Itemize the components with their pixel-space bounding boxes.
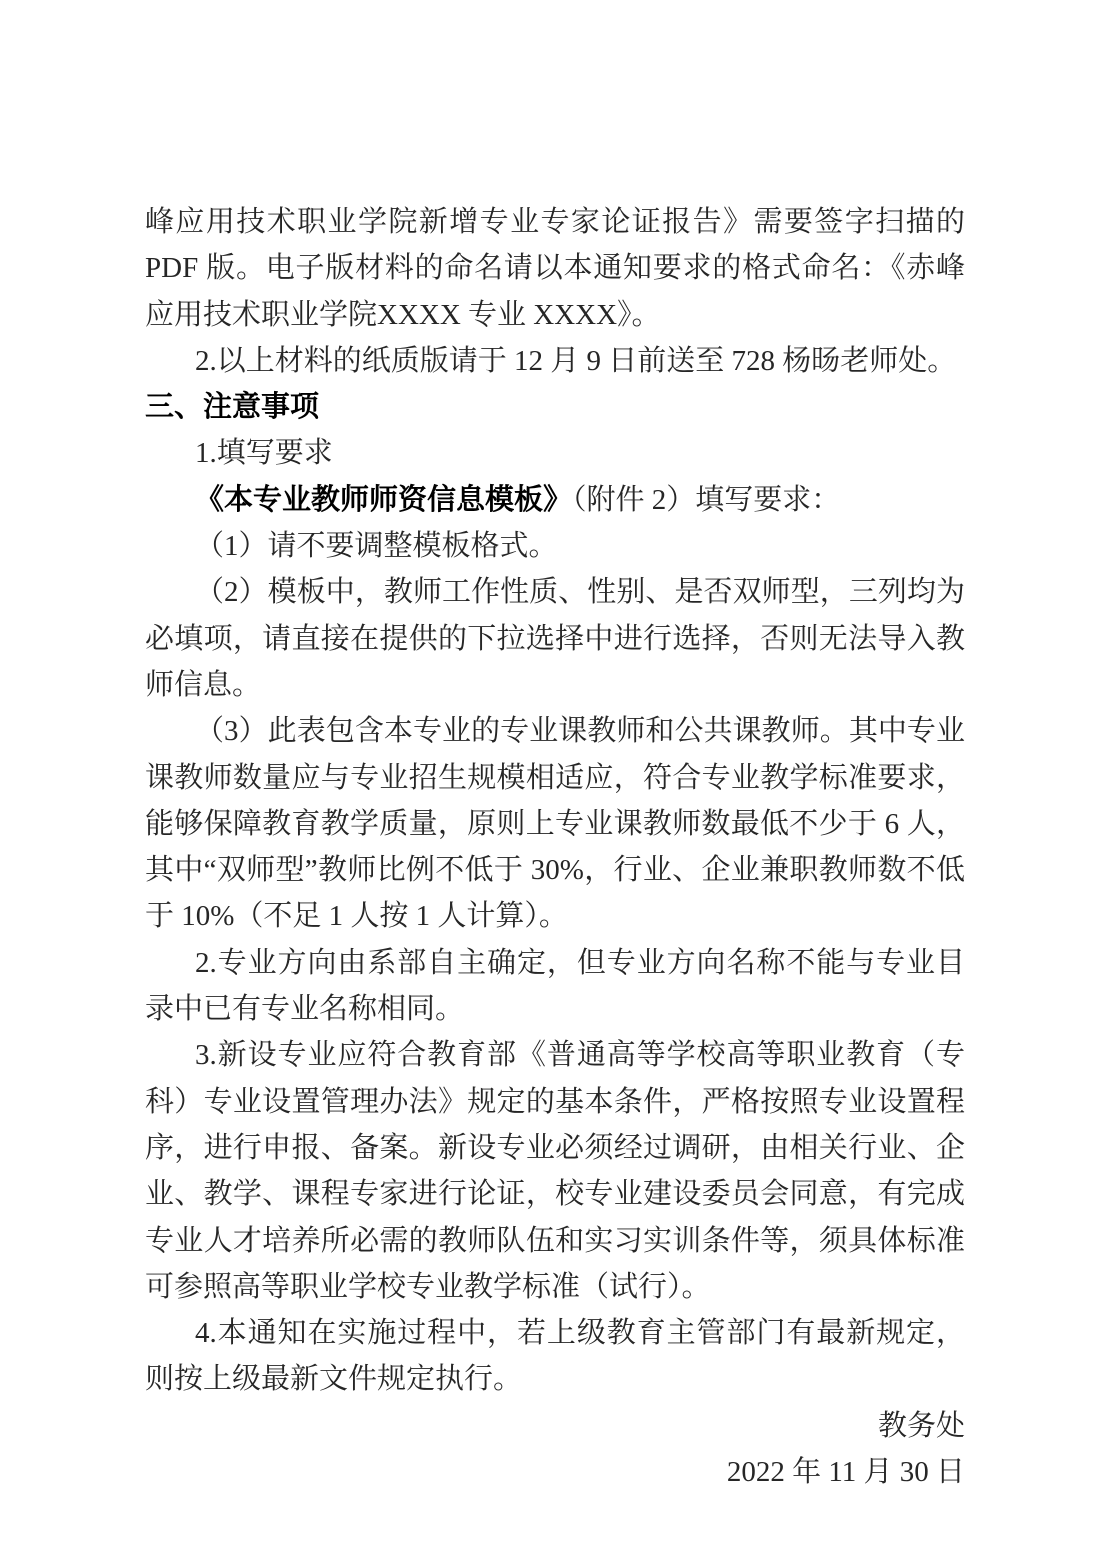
- paragraph-continuation: 峰应用技术职业学院新增专业专家论证报告》需要签字扫描的 PDF 版。电子版材料的…: [145, 199, 965, 338]
- template-requirements-rest: （附件 2）填写要求：: [572, 484, 840, 516]
- document-page: 峰应用技术职业学院新增专业专家论证报告》需要签字扫描的 PDF 版。电子版材料的…: [0, 0, 1102, 1559]
- paragraph-item-2-materials: 2.以上材料的纸质版请于 12 月 9 日前送至 728 杨旸老师处。: [145, 338, 965, 384]
- signature-date: 2022 年 11 月 30 日: [145, 1449, 965, 1495]
- template-title-bold: 《本专业教师师资信息模板》: [195, 484, 572, 516]
- paragraph-item-4-latest-rules: 4.本通知在实施过程中，若上级教育主管部门有最新规定，则按上级最新文件规定执行。: [145, 1310, 965, 1403]
- paragraph-item-1-fill-requirements: 1.填写要求: [145, 430, 965, 476]
- paragraph-note-2: （2）模板中，教师工作性质、性别、是否双师型，三列均为必填项，请直接在提供的下拉…: [145, 569, 965, 708]
- paragraph-note-1: （1）请不要调整模板格式。: [145, 523, 965, 569]
- section-heading-notes: 三、注意事项: [145, 384, 965, 430]
- document-text-block: 峰应用技术职业学院新增专业专家论证报告》需要签字扫描的 PDF 版。电子版材料的…: [145, 199, 965, 1495]
- paragraph-item-3-new-majors: 3.新设专业应符合教育部《普通高等学校高等职业教育（专科）专业设置管理办法》规定…: [145, 1032, 965, 1310]
- paragraph-note-3: （3）此表包含本专业的专业课教师和公共课教师。其中专业课教师数量应与专业招生规模…: [145, 708, 965, 939]
- paragraph-template-requirements: 《本专业教师师资信息模板》（附件 2）填写要求：: [145, 477, 965, 523]
- paragraph-item-2-direction: 2.专业方向由系部自主确定，但专业方向名称不能与专业目录中已有专业名称相同。: [145, 940, 965, 1033]
- signature-department: 教务处: [145, 1403, 965, 1449]
